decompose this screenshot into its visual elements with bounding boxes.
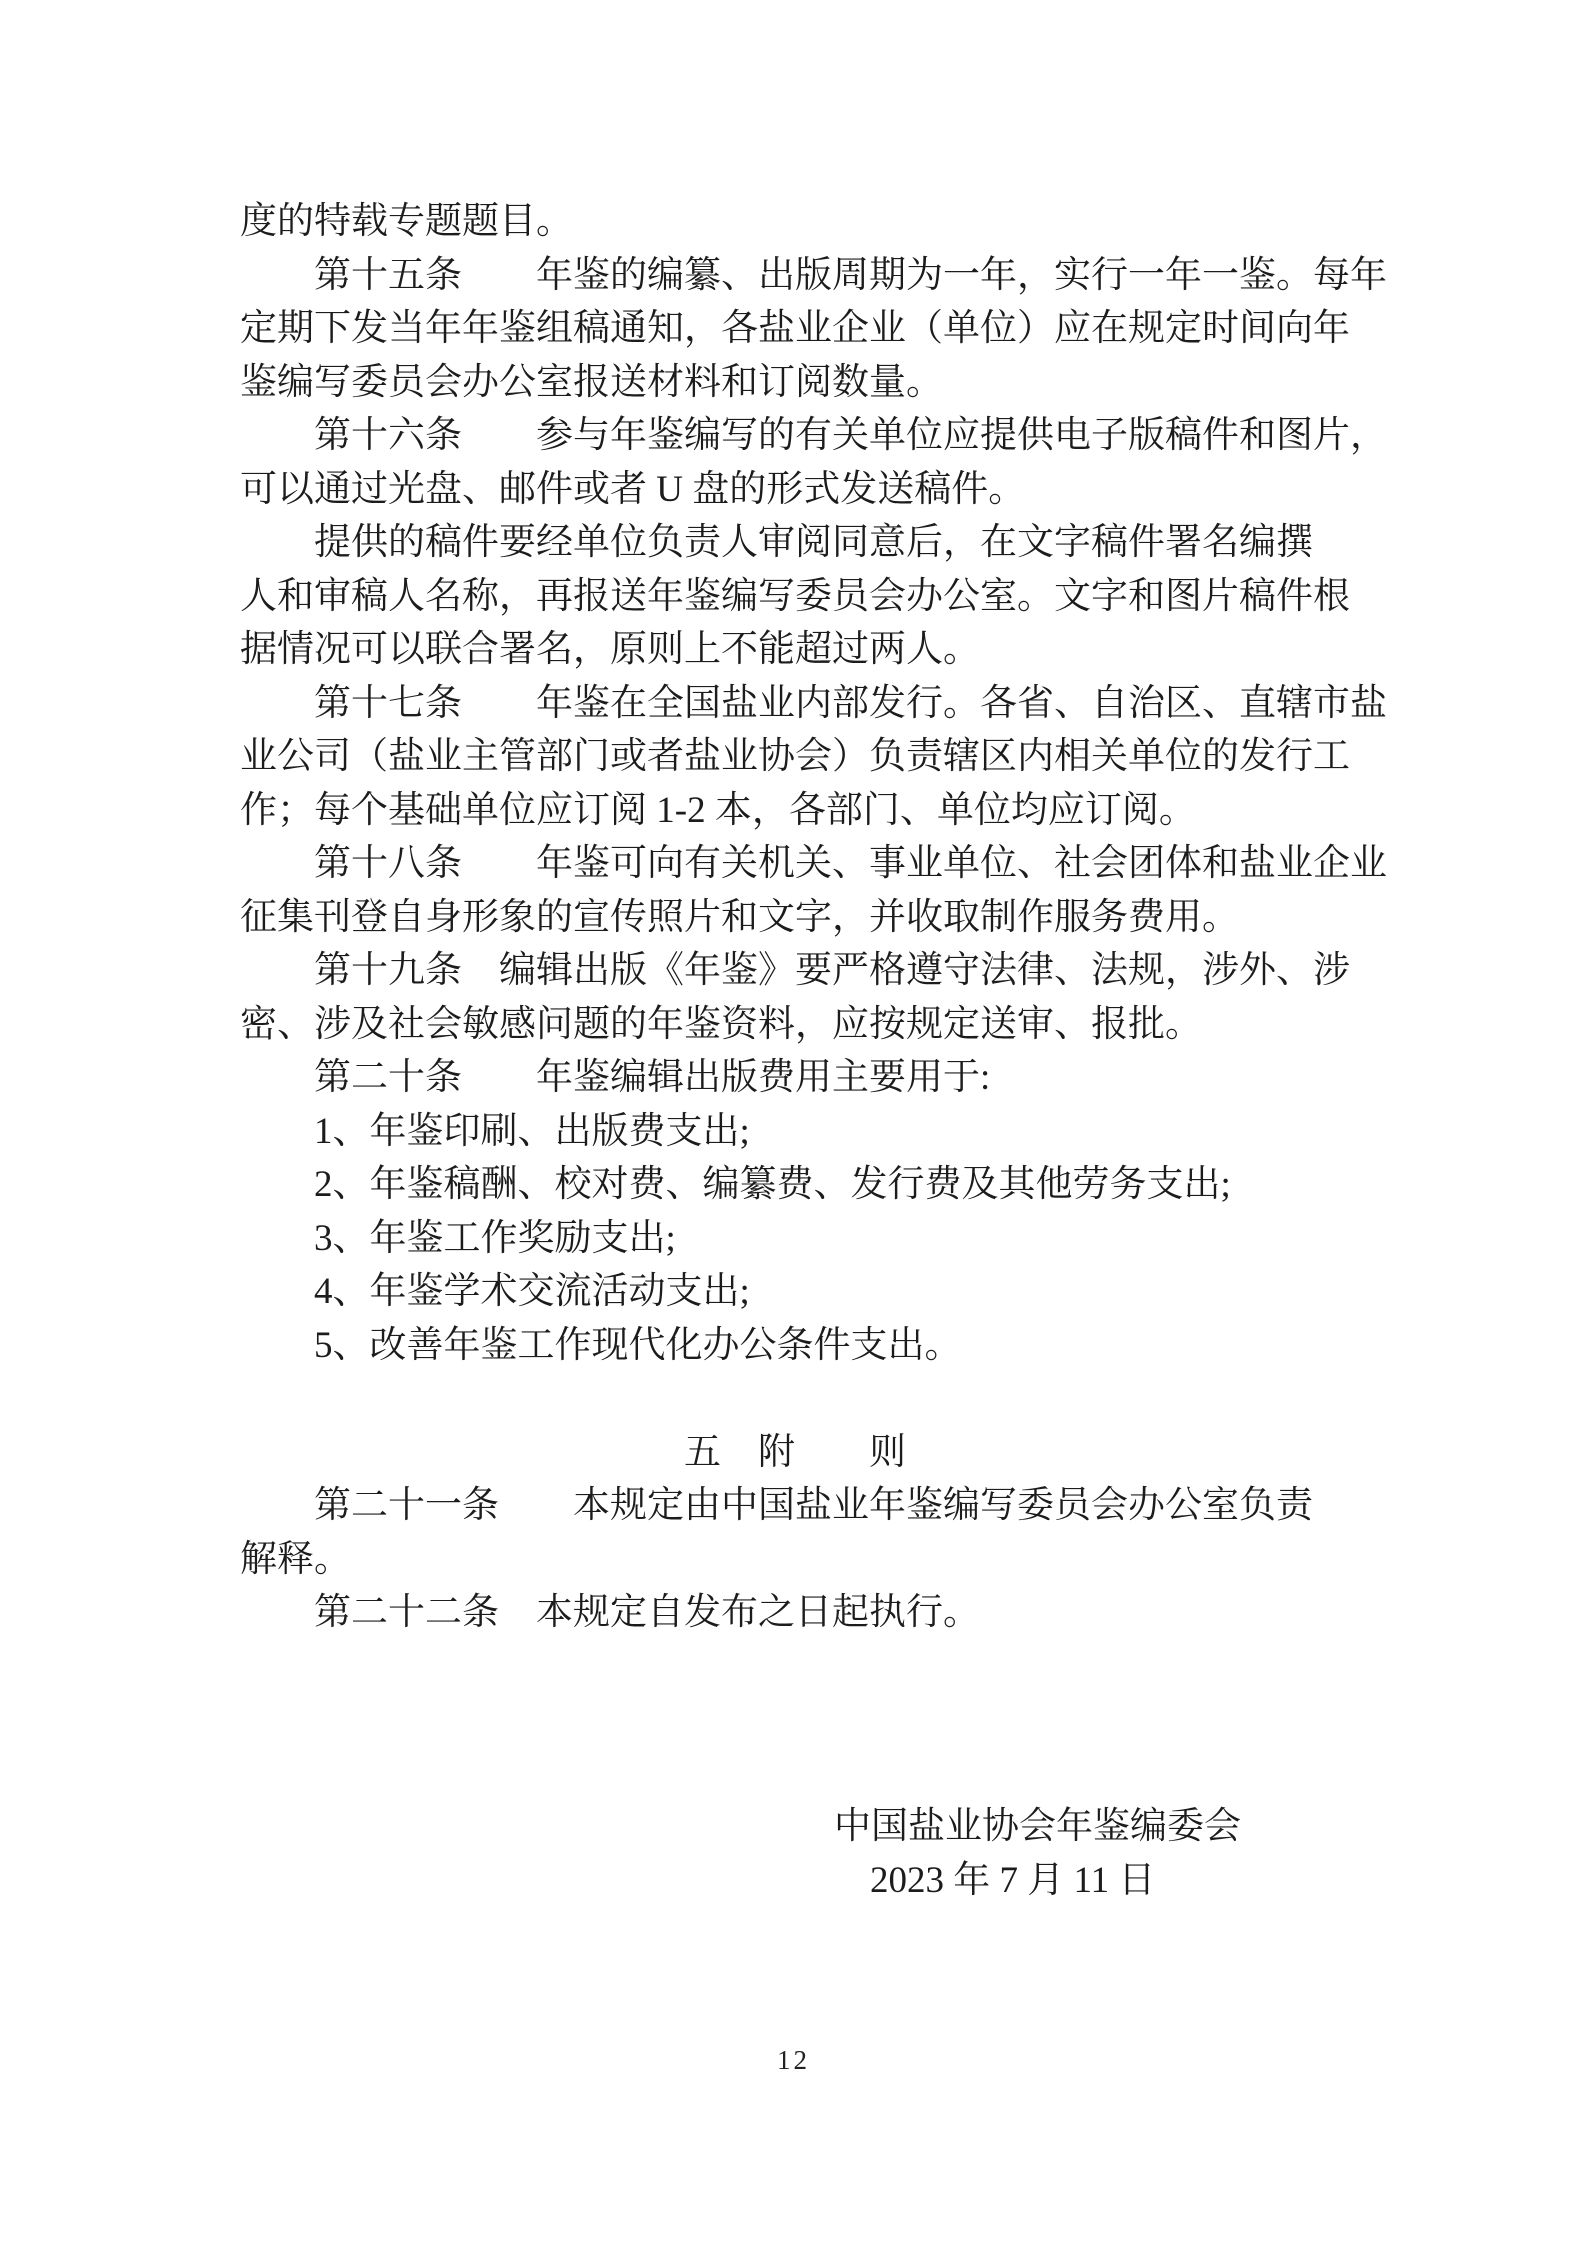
blank-line <box>240 1372 1350 1426</box>
text-line: 第二十一条 本规定由中国盐业年鉴编写委员会办公室负责 <box>240 1479 1350 1533</box>
text-line: 第十五条 年鉴的编纂、出版周期为一年，实行一年一鉴。每年 <box>240 249 1350 303</box>
text-line: 第十六条 参与年鉴编写的有关单位应提供电子版稿件和图片， <box>240 409 1350 463</box>
text-line: 2023 年 7 月 11 日 <box>240 1854 1350 1908</box>
text-line: 定期下发当年年鉴组稿通知，各盐业企业（单位）应在规定时间向年 <box>240 302 1350 356</box>
blank-line <box>240 1747 1350 1801</box>
text-line: 第二十条 年鉴编辑出版费用主要用于: <box>240 1051 1350 1105</box>
text-line: 第十七条 年鉴在全国盐业内部发行。各省、自治区、直辖市盐 <box>240 677 1350 731</box>
document-body: 度的特载专题题目。第十五条 年鉴的编纂、出版周期为一年，实行一年一鉴。每年定期下… <box>240 195 1350 1907</box>
text-line: 鉴编写委员会办公室报送材料和订阅数量。 <box>240 356 1350 410</box>
text-line: 2、年鉴稿酬、校对费、编纂费、发行费及其他劳务支出; <box>240 1158 1350 1212</box>
text-line: 3、年鉴工作奖励支出; <box>240 1212 1350 1266</box>
text-line: 提供的稿件要经单位负责人审阅同意后，在文字稿件署名编撰 <box>240 516 1350 570</box>
blank-line <box>240 1693 1350 1747</box>
text-line: 解释。 <box>240 1533 1350 1587</box>
text-line: 五 附 则 <box>240 1426 1350 1480</box>
text-line: 第二十二条 本规定自发布之日起执行。 <box>240 1586 1350 1640</box>
text-line: 4、年鉴学术交流活动支出; <box>240 1265 1350 1319</box>
text-line: 作；每个基础单位应订阅 1-2 本，各部门、单位均应订阅。 <box>240 784 1350 838</box>
text-line: 中国盐业协会年鉴编委会 <box>240 1800 1350 1854</box>
text-line: 人和审稿人名称，再报送年鉴编写委员会办公室。文字和图片稿件根 <box>240 570 1350 624</box>
text-line: 度的特载专题题目。 <box>240 195 1350 249</box>
text-line: 业公司（盐业主管部门或者盐业协会）负责辖区内相关单位的发行工 <box>240 730 1350 784</box>
text-line: 第十九条 编辑出版《年鉴》要严格遵守法律、法规，涉外、涉 <box>240 944 1350 998</box>
text-line: 可以通过光盘、邮件或者 U 盘的形式发送稿件。 <box>240 463 1350 517</box>
text-line: 1、年鉴印刷、出版费支出; <box>240 1105 1350 1159</box>
page-number: 12 <box>0 2040 1587 2080</box>
text-line: 据情况可以联合署名，原则上不能超过两人。 <box>240 623 1350 677</box>
text-line: 密、涉及社会敏感问题的年鉴资料，应按规定送审、报批。 <box>240 998 1350 1052</box>
text-line: 征集刊登自身形象的宣传照片和文字，并收取制作服务费用。 <box>240 891 1350 945</box>
document-page: 度的特载专题题目。第十五条 年鉴的编纂、出版周期为一年，实行一年一鉴。每年定期下… <box>0 0 1587 2245</box>
text-line: 第十八条 年鉴可向有关机关、事业单位、社会团体和盐业企业 <box>240 837 1350 891</box>
text-line: 5、改善年鉴工作现代化办公条件支出。 <box>240 1319 1350 1373</box>
blank-line <box>240 1640 1350 1694</box>
